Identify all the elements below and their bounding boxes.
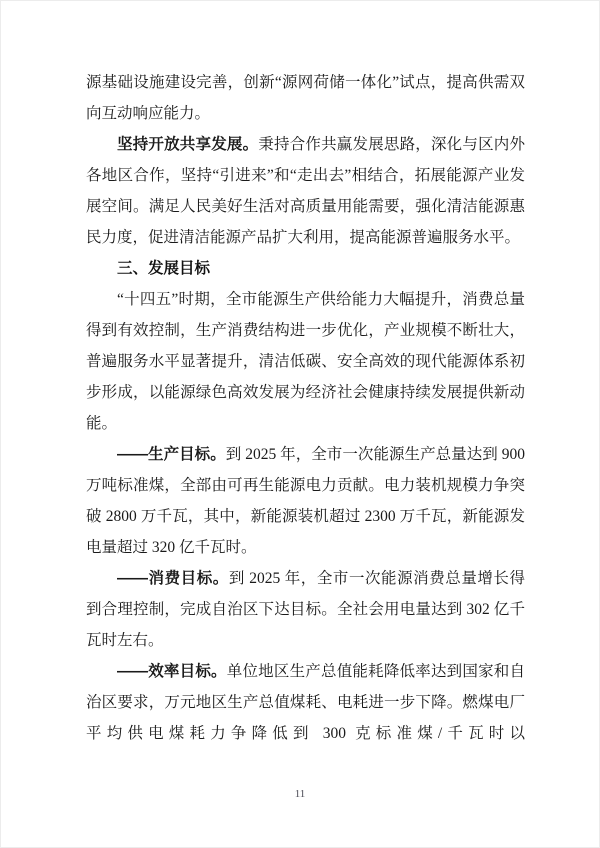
bold-lead-in: 坚持开放共享发展。 — [117, 136, 258, 153]
section-heading-development-goals: 三、发展目标 — [86, 253, 525, 284]
document-page: 源基础设施建设完善，创新“源网荷储一体化”试点，提高供需双向互动响应能力。 坚持… — [0, 0, 600, 848]
paragraph-open-shared-development: 坚持开放共享发展。秉持合作共赢发展思路，深化与区内外各地区合作，坚持“引进来”和… — [86, 129, 525, 253]
paragraph-overview-14th-five-year: “十四五”时期，全市能源生产供给能力大幅提升，消费总量得到有效控制，生产消费结构… — [86, 284, 525, 439]
paragraph-production-goal: ——生产目标。到 2025 年，全市一次能源生产总量达到 900 万吨标准煤，全… — [86, 439, 525, 563]
paragraph-infrastructure-continued: 源基础设施建设完善，创新“源网荷储一体化”试点，提高供需双向互动响应能力。 — [86, 67, 525, 129]
bold-lead-in: ——效率目标。 — [117, 663, 227, 680]
paragraph-consumption-goal: ——消费目标。到 2025 年，全市一次能源消费总量增长得到合理控制，完成自治区… — [86, 563, 525, 656]
bold-lead-in: ——消费目标。 — [117, 570, 229, 587]
page-number: 11 — [1, 788, 599, 800]
heading-text: 三、发展目标 — [117, 260, 210, 277]
bold-lead-in: ——生产目标。 — [117, 446, 226, 463]
body-text: 源基础设施建设完善，创新“源网荷储一体化”试点，提高供需双向互动响应能力。 — [86, 74, 525, 122]
paragraph-efficiency-goal: ——效率目标。单位地区生产总值能耗降低率达到国家和自治区要求，万元地区生产总值煤… — [86, 656, 525, 749]
body-text: “十四五”时期，全市能源生产供给能力大幅提升，消费总量得到有效控制，生产消费结构… — [86, 291, 525, 432]
